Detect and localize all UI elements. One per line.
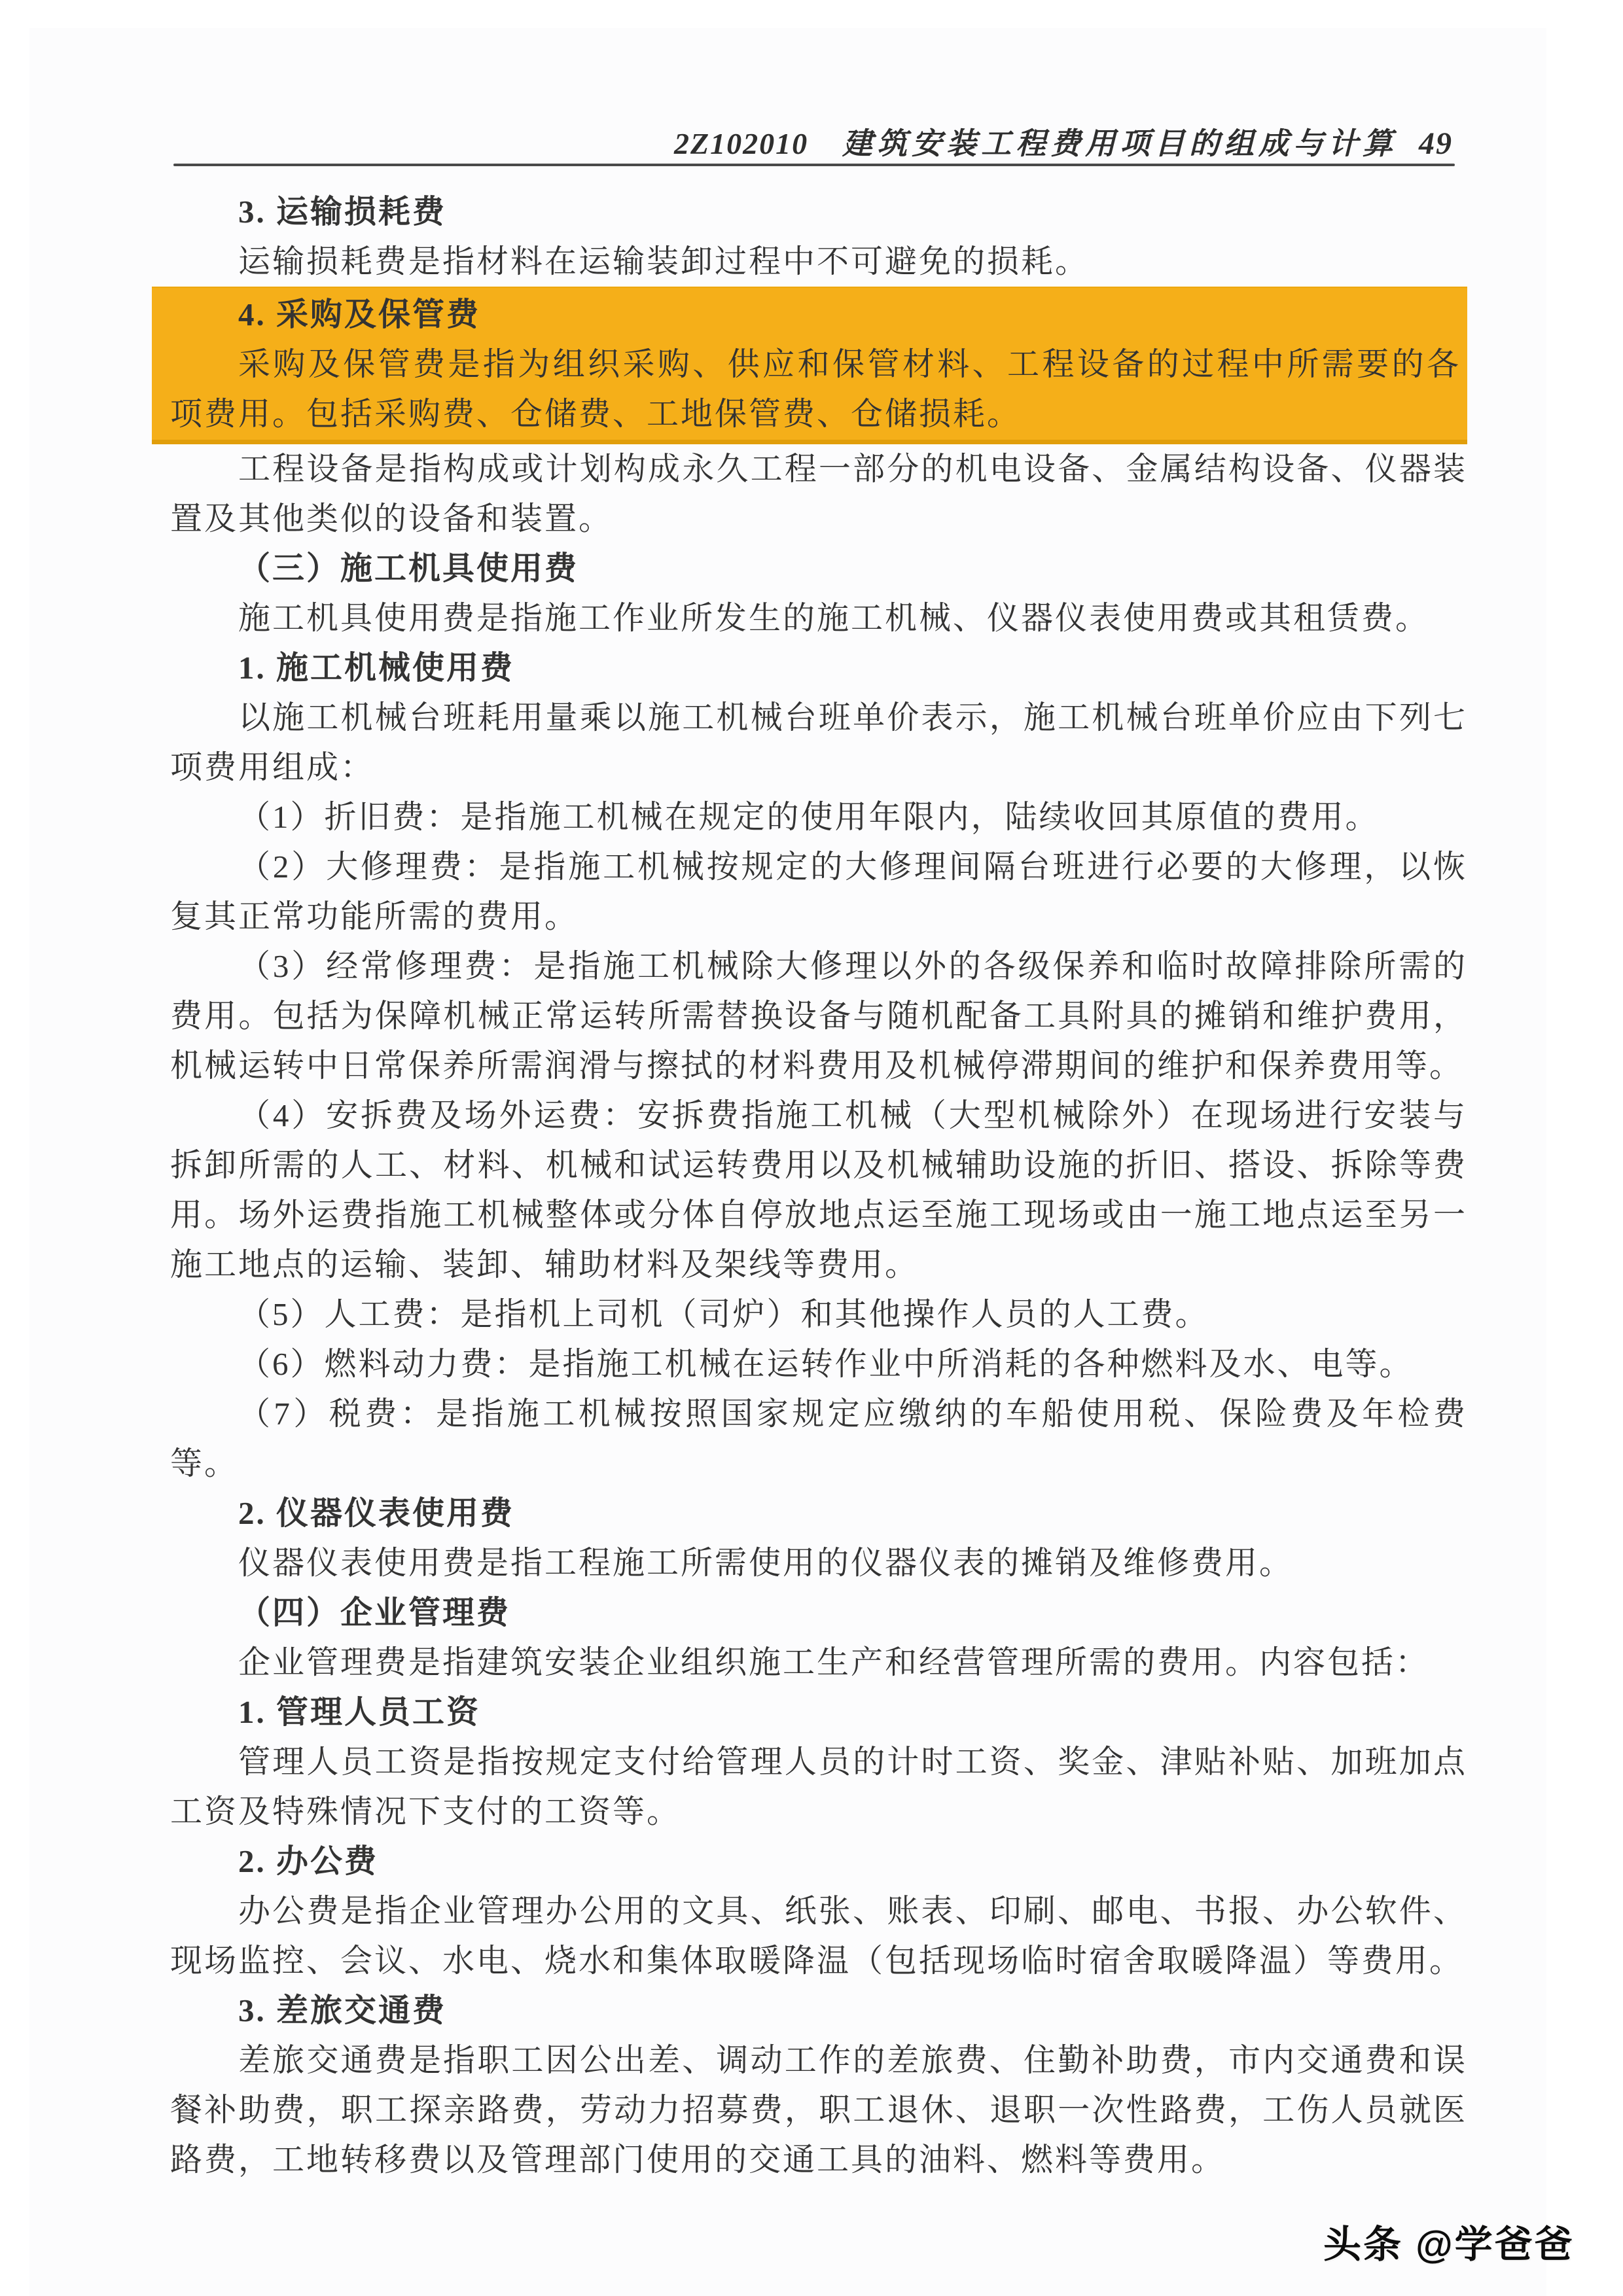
- paragraph: 采购及保管费是指为组织采购、供应和保管材料、工程设备的过程中所需要的各项费用。包…: [170, 340, 1461, 439]
- paragraph: （3）经常修理费：是指施工机械除大修理以外的各级保养和临时故障排除所需的费用。包…: [170, 942, 1467, 1091]
- page-number: 49: [1419, 126, 1453, 162]
- paragraph: （2）大修理费：是指施工机械按规定的大修理间隔台班进行必要的大修理，以恢复其正常…: [170, 842, 1467, 942]
- watermark: 头条 @学爸爸: [1323, 2214, 1575, 2269]
- paragraph: （4）安拆费及场外运费：安拆费指施工机械（大型机械除外）在现场进行安装与拆卸所需…: [170, 1091, 1467, 1290]
- paragraph: （7）税费：是指施工机械按照国家规定应缴纳的车船使用税、保险费及年检费等。: [170, 1389, 1467, 1489]
- section-heading: 1. 施工机械使用费: [170, 643, 1467, 693]
- section-heading: 3. 差旅交通费: [170, 1986, 1467, 2036]
- section-code: 2Z102010: [674, 126, 808, 161]
- paragraph: 管理人员工资是指按规定支付给管理人员的计时工资、奖金、津贴补贴、加班加点工资及特…: [170, 1737, 1467, 1837]
- section-heading: 3. 运输损耗费: [170, 187, 1467, 237]
- paragraph: 工程设备是指构成或计划构成永久工程一部分的机电设备、金属结构设备、仪器装置及其他…: [170, 444, 1467, 544]
- chapter-title: 建筑安装工程费用项目的组成与计算: [842, 120, 1397, 163]
- section-heading: （四）企业管理费: [170, 1588, 1467, 1638]
- paragraph: 办公费是指企业管理办公用的文具、纸张、账表、印刷、邮电、书报、办公软件、现场监控…: [170, 1886, 1467, 1986]
- header-divider: [173, 164, 1455, 166]
- paragraph: 运输损耗费是指材料在运输装卸过程中不可避免的损耗。: [170, 237, 1467, 287]
- paragraph: 仪器仪表使用费是指工程施工所需使用的仪器仪表的摊销及维修费用。: [170, 1538, 1467, 1588]
- paragraph: （1）折旧费：是指施工机械在规定的使用年限内，陆续收回其原值的费用。: [170, 792, 1467, 842]
- page-body: 3. 运输损耗费运输损耗费是指材料在运输装卸过程中不可避免的损耗。4. 采购及保…: [170, 187, 1467, 2185]
- paragraph: 施工机具使用费是指施工作业所发生的施工机械、仪器仪表使用费或其租赁费。: [170, 593, 1467, 643]
- highlight-block: 4. 采购及保管费采购及保管费是指为组织采购、供应和保管材料、工程设备的过程中所…: [152, 287, 1467, 444]
- section-heading: 2. 仪器仪表使用费: [170, 1489, 1467, 1538]
- paragraph: 以施工机械台班耗用量乘以施工机械台班单价表示，施工机械台班单价应由下列七项费用组…: [170, 693, 1467, 792]
- paragraph: （5）人工费：是指机上司机（司炉）和其他操作人员的人工费。: [170, 1290, 1467, 1339]
- page-header: 2Z102010 建筑安装工程费用项目的组成与计算 49: [674, 120, 1453, 163]
- section-heading: （三）施工机具使用费: [170, 544, 1467, 593]
- section-heading: 2. 办公费: [170, 1837, 1467, 1886]
- paragraph: 企业管理费是指建筑安装企业组织施工生产和经营管理所需的费用。内容包括：: [170, 1638, 1467, 1687]
- section-heading: 4. 采购及保管费: [170, 290, 1461, 340]
- paragraph: （6）燃料动力费：是指施工机械在运转作业中所消耗的各种燃料及水、电等。: [170, 1339, 1467, 1389]
- paragraph: 差旅交通费是指职工因公出差、调动工作的差旅费、住勤补助费，市内交通费和误餐补助费…: [170, 2036, 1467, 2185]
- section-heading: 1. 管理人员工资: [170, 1687, 1467, 1737]
